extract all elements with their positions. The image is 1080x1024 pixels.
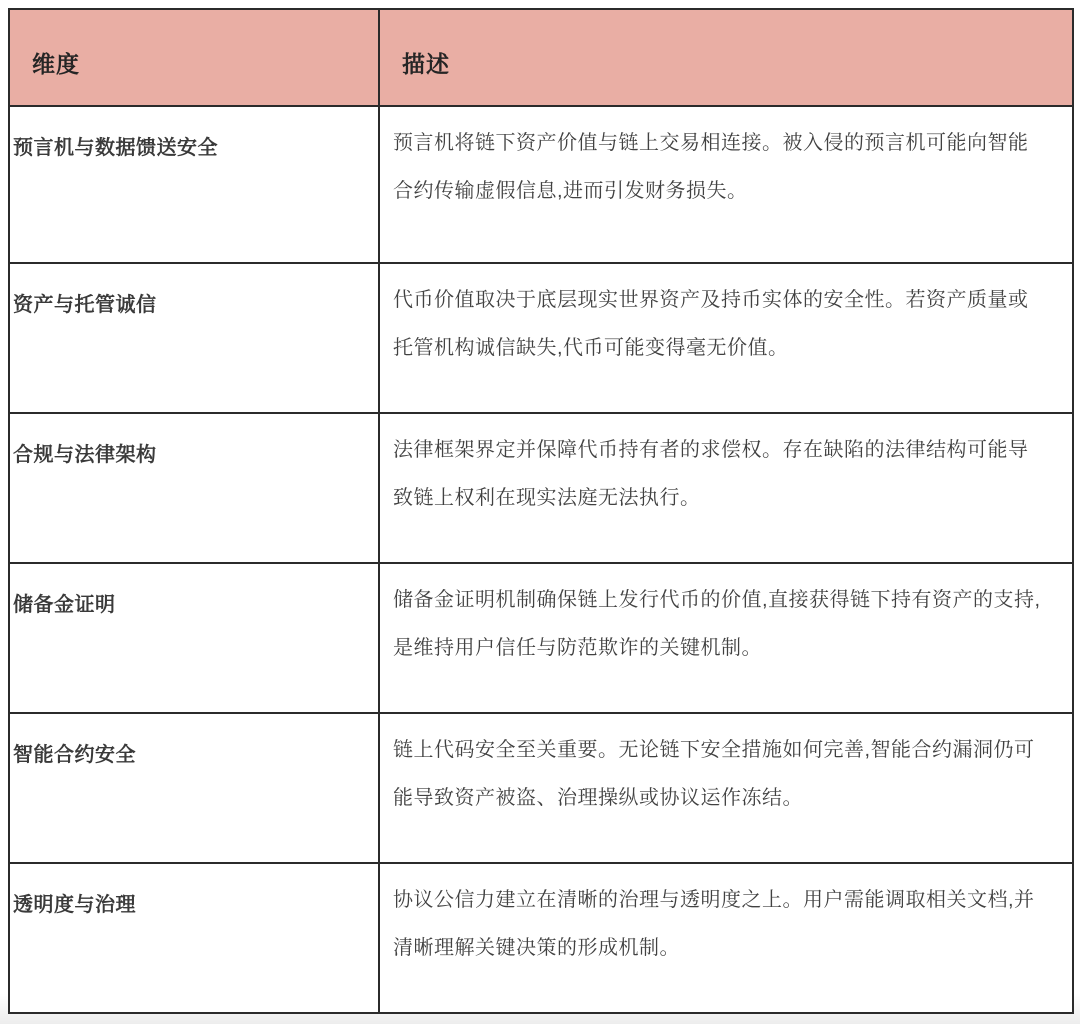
page: 维度 描述 预言机与数据馈送安全 预言机将链下资产价值与链上交易相连接。被入侵的… bbox=[0, 0, 1080, 1024]
dimension-cell: 资产与托管诚信 bbox=[9, 263, 379, 413]
description-cell: 预言机将链下资产价值与链上交易相连接。被入侵的预言机可能向智能合约传输虚假信息,… bbox=[379, 106, 1073, 263]
dimension-description-table: 维度 描述 预言机与数据馈送安全 预言机将链下资产价值与链上交易相连接。被入侵的… bbox=[8, 8, 1074, 1014]
dimension-cell: 合规与法律架构 bbox=[9, 413, 379, 563]
column-header-dimension: 维度 bbox=[9, 9, 379, 106]
description-cell: 协议公信力建立在清晰的治理与透明度之上。用户需能调取相关文档,并清晰理解关键决策… bbox=[379, 863, 1073, 1013]
dimension-cell: 储备金证明 bbox=[9, 563, 379, 713]
description-cell: 储备金证明机制确保链上发行代币的价值,直接获得链下持有资产的支持,是维持用户信任… bbox=[379, 563, 1073, 713]
table-row: 储备金证明 储备金证明机制确保链上发行代币的价值,直接获得链下持有资产的支持,是… bbox=[9, 563, 1073, 713]
dimension-cell: 透明度与治理 bbox=[9, 863, 379, 1013]
table-row: 预言机与数据馈送安全 预言机将链下资产价值与链上交易相连接。被入侵的预言机可能向… bbox=[9, 106, 1073, 263]
table-row: 智能合约安全 链上代码安全至关重要。无论链下安全措施如何完善,智能合约漏洞仍可能… bbox=[9, 713, 1073, 863]
table-row: 透明度与治理 协议公信力建立在清晰的治理与透明度之上。用户需能调取相关文档,并清… bbox=[9, 863, 1073, 1013]
table-header-row: 维度 描述 bbox=[9, 9, 1073, 106]
table-row: 资产与托管诚信 代币价值取决于底层现实世界资产及持币实体的安全性。若资产质量或托… bbox=[9, 263, 1073, 413]
description-cell: 法律框架界定并保障代币持有者的求偿权。存在缺陷的法律结构可能导致链上权利在现实法… bbox=[379, 413, 1073, 563]
description-cell: 代币价值取决于底层现实世界资产及持币实体的安全性。若资产质量或托管机构诚信缺失,… bbox=[379, 263, 1073, 413]
dimension-cell: 预言机与数据馈送安全 bbox=[9, 106, 379, 263]
description-cell: 链上代码安全至关重要。无论链下安全措施如何完善,智能合约漏洞仍可能导致资产被盗、… bbox=[379, 713, 1073, 863]
dimension-cell: 智能合约安全 bbox=[9, 713, 379, 863]
column-header-description: 描述 bbox=[379, 9, 1073, 106]
table-row: 合规与法律架构 法律框架界定并保障代币持有者的求偿权。存在缺陷的法律结构可能导致… bbox=[9, 413, 1073, 563]
